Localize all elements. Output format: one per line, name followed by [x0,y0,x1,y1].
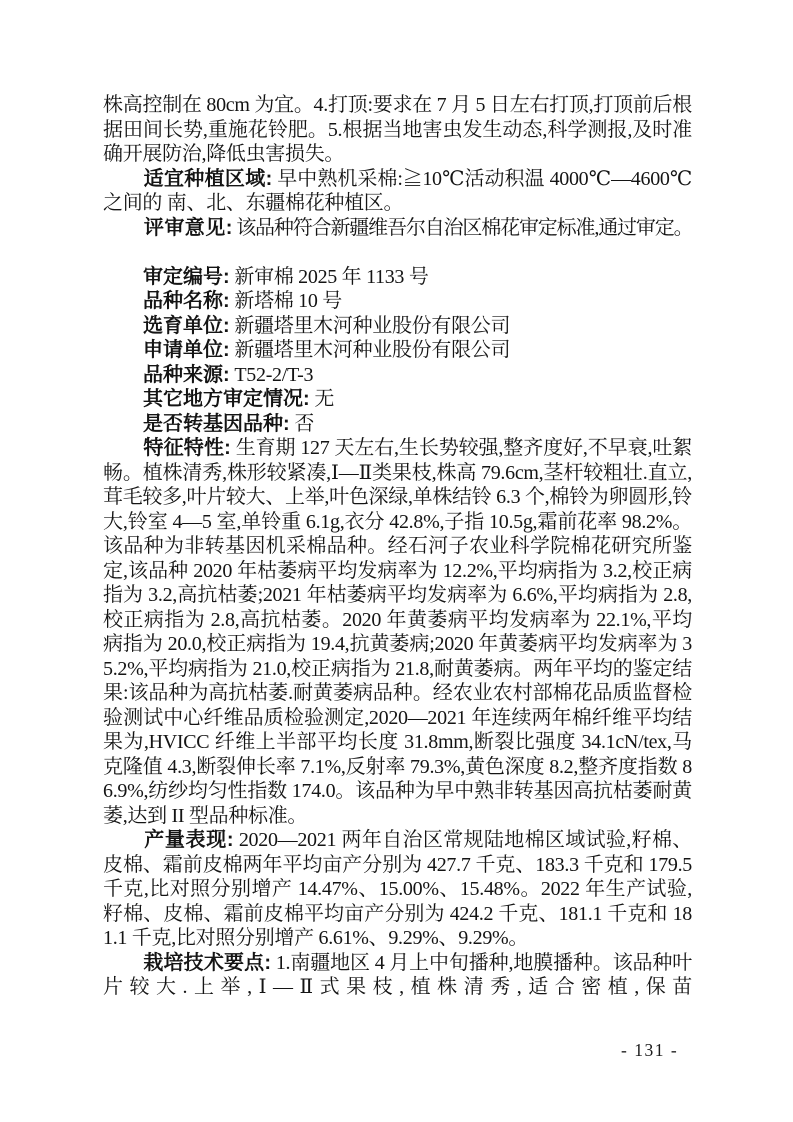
label-suitable-region: 适宜种植区域: [103,168,272,190]
value-breeding-unit: 新疆塔里木河种业股份有限公司 [230,315,511,337]
para-characteristics-text: 生育期 127 天左右,生长势较强,整齐度好,不早衰,吐絮畅。植株清秀,株形较紧… [103,437,692,827]
document-page: 株高控制在 80cm 为宜。4.打顶:要求在 7 月 5 日左右打顶,打顶前后根… [0,0,793,1122]
page-number: - 131 - [621,1040,678,1061]
value-variety-source: T52-2/T-3 [230,364,313,386]
value-variety-name: 新塔棉 10 号 [230,290,342,312]
value-other-approval: 无 [310,388,334,410]
para-cultivation-points: 栽培技术要点: 1.南疆地区 4 月上中旬播种,地膜播种。该品种叶片较大.上举,… [103,951,692,1000]
field-approval-number: 审定编号: 新审棉 2025 年 1133 号 [103,265,692,290]
label-characteristics: 特征特性: [103,437,231,459]
value-approval-number: 新审棉 2025 年 1133 号 [230,266,429,288]
label-variety-name: 品种名称: [103,290,230,312]
para-review-opinion-text: 该品种符合新疆维吾尔自治区棉花审定标准,通过审定。 [232,217,692,239]
label-review-opinion: 评审意见: [103,217,232,239]
para-intro-continued: 株高控制在 80cm 为宜。4.打顶:要求在 7 月 5 日左右打顶,打顶前后根… [103,93,692,167]
para-intro-continued-text: 株高控制在 80cm 为宜。4.打顶:要求在 7 月 5 日左右打顶,打顶前后根… [103,94,692,165]
para-review-opinion: 评审意见: 该品种符合新疆维吾尔自治区棉花审定标准,通过审定。 [103,216,692,241]
para-characteristics: 特征特性: 生育期 127 天左右,生长势较强,整齐度好,不早衰,吐絮畅。植株清… [103,436,692,828]
value-applicant-unit: 新疆塔里木河种业股份有限公司 [230,339,511,361]
field-variety-source: 品种来源: T52-2/T-3 [103,363,692,388]
para-suitable-region: 适宜种植区域: 早中熟机采棉:≧10℃活动积温 4000℃—4600℃之间的 南… [103,167,692,216]
label-applicant-unit: 申请单位: [103,339,230,361]
label-yield-performance: 产量表现: [103,829,234,851]
label-approval-number: 审定编号: [103,266,230,288]
label-breeding-unit: 选育单位: [103,315,230,337]
field-applicant-unit: 申请单位: 新疆塔里木河种业股份有限公司 [103,338,692,363]
field-variety-name: 品种名称: 新塔棉 10 号 [103,289,692,314]
value-gmo-status: 否 [290,413,314,435]
field-other-approval: 其它地方审定情况: 无 [103,387,692,412]
para-yield-performance: 产量表现: 2020—2021 两年自治区常规陆地棉区域试验,籽棉、皮棉、霜前皮… [103,828,692,951]
document-content: 株高控制在 80cm 为宜。4.打顶:要求在 7 月 5 日左右打顶,打顶前后根… [103,93,692,1000]
label-cultivation-points: 栽培技术要点: [103,952,271,974]
field-breeding-unit: 选育单位: 新疆塔里木河种业股份有限公司 [103,314,692,339]
field-gmo-status: 是否转基因品种: 否 [103,412,692,437]
label-variety-source: 品种来源: [103,364,230,386]
label-other-approval: 其它地方审定情况: [103,388,310,410]
label-gmo-status: 是否转基因品种: [103,413,290,435]
